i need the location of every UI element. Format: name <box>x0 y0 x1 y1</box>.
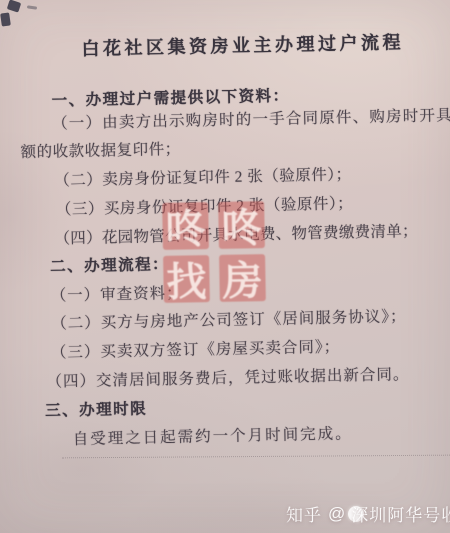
item-2-3: （三）买卖双方签订《房屋买卖合同》； <box>51 335 341 363</box>
item-2-1: （一）审查资料； <box>50 281 182 306</box>
item-1-4: （四）花园物管公司开具水电费、物管费缴费清单； <box>54 219 418 249</box>
item-1-3: （三）买房身份证复印件 2 张（验原件）； <box>56 191 354 219</box>
item-1-1-continuation: 额的收款收据复印件； <box>20 137 180 162</box>
item-2-2: （二）买方与房地产公司签订《居间服务协议》； <box>51 304 407 333</box>
document-title: 白花社区集资房业主办理过户流程 <box>81 28 404 61</box>
item-1-2: （二）卖房身份证复印件 2 张（验原件）； <box>54 162 352 190</box>
document-photo: 白花社区集资房业主办理过户流程 一、办理过户需提供以下资料： （一）由卖方出示购… <box>0 0 450 533</box>
item-2-4: （四）交清居间服务费后，凭过账收据出新合同。 <box>46 362 409 392</box>
section-3-heading: 三、办理时限 <box>45 397 147 421</box>
section-2-heading: 二、办理流程： <box>50 252 169 276</box>
document-content: 白花社区集资房业主办理过户流程 一、办理过户需提供以下资料： （一）由卖方出示购… <box>0 0 450 533</box>
section-3-body: 自受理之日起需约一个月时间完成。 <box>72 421 352 449</box>
